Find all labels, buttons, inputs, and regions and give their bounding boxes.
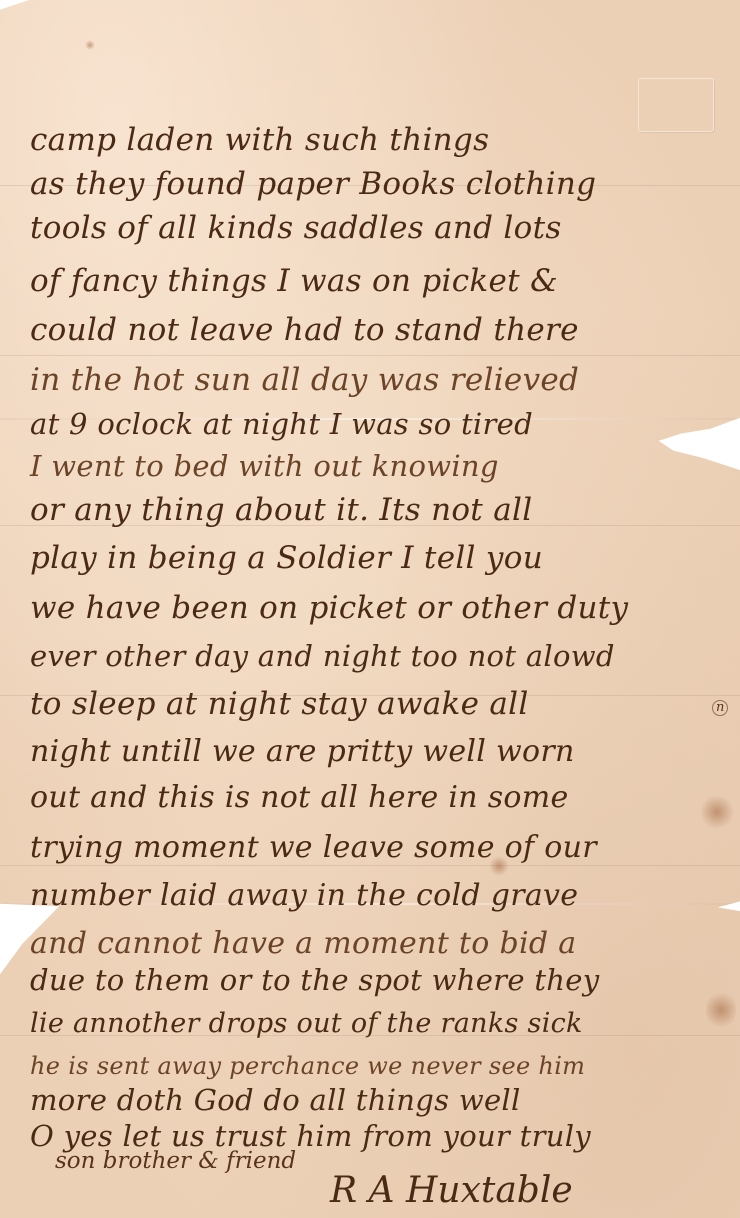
letter-line: lie annother drops out of the ranks sick bbox=[30, 1006, 583, 1042]
letter-line: play in being a Soldier I tell you bbox=[30, 540, 543, 576]
letter-line: we have been on picket or other duty bbox=[30, 590, 628, 626]
letter-line: I went to bed with out knowing bbox=[30, 448, 499, 484]
ink-stain bbox=[85, 40, 95, 50]
letter-line: trying moment we leave some of our bbox=[30, 830, 597, 866]
letter-line: could not leave had to stand there bbox=[30, 312, 579, 348]
ink-stain bbox=[700, 795, 734, 829]
letter-line: camp laden with such things bbox=[30, 122, 489, 158]
letter-line: night untill we are pritty well worn bbox=[30, 734, 575, 770]
ink-stain bbox=[706, 990, 736, 1030]
letter-line: and cannot have a moment to bid a bbox=[30, 926, 576, 962]
letter-line: ever other day and night too not alowd bbox=[30, 638, 615, 674]
letter-line: to sleep at night stay awake all bbox=[30, 686, 529, 722]
letter-line: number laid away in the cold grave bbox=[30, 878, 578, 914]
letter-line: out and this is not all here in some bbox=[30, 780, 569, 816]
signature: R A Huxtable bbox=[330, 1170, 573, 1211]
letter-closing: son brother & friend bbox=[55, 1148, 296, 1174]
letter-line: he is sent away perchance we never see h… bbox=[30, 1048, 585, 1084]
letter-line: due to them or to the spot where they bbox=[30, 962, 599, 998]
letter-line: more doth God do all things well bbox=[30, 1082, 521, 1118]
letter-line: in the hot sun all day was relieved bbox=[30, 362, 579, 398]
embossed-stamp bbox=[638, 78, 714, 132]
letter-line: or any thing about it. Its not all bbox=[30, 492, 532, 528]
letter-line: tools of all kinds saddles and lots bbox=[30, 210, 562, 246]
letter-line: at 9 oclock at night I was so tired bbox=[30, 406, 533, 442]
letter-line: of fancy things I was on picket & bbox=[30, 263, 558, 299]
letter-line: as they found paper Books clothing bbox=[30, 166, 596, 202]
ruled-line bbox=[0, 355, 740, 356]
